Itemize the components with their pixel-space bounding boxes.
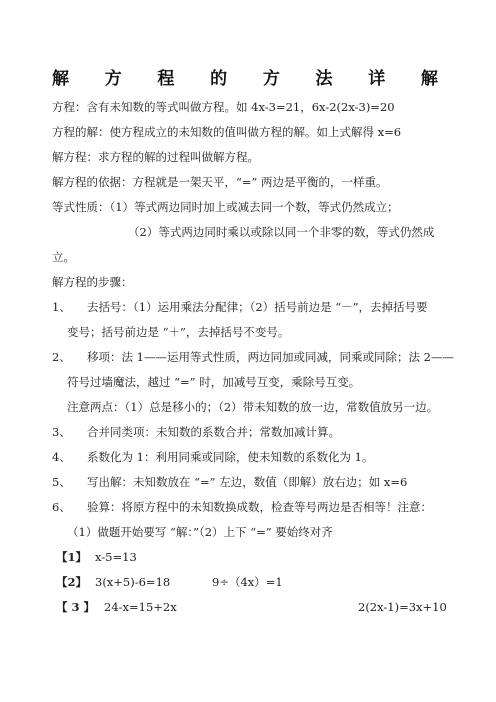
exercise-equation: 3(x+5)-6=18 (95, 575, 170, 589)
property-1: 等式性质：（1）等式两边同时加上或减去同一个数，等式仍然成立； (52, 199, 399, 215)
step-2-note: 注意两点：（1）总是移小的；（2）带未知数的放一边，常数值放另一边。 (67, 399, 438, 415)
step-1: 1、去括号：（1）运用乘法分配律；（2）括号前边是 “－”，去掉括号要 (52, 299, 428, 315)
step-2: 2、移项：法 1——运用等式性质，两边同加或同减，同乘或同除；法 2—— (52, 349, 454, 365)
step-2-cont: 符号过墙魔法，越过 “=” 时，加减号互变，乘除号互变。 (67, 374, 360, 390)
title-char: 详 (368, 64, 385, 89)
exercise-2: 【2】3(x+5)-6=18 (56, 574, 170, 590)
title-char: 方 (105, 64, 122, 89)
step-6-cont: （1）做题开始要写 “解：”（2）上下 “=” 要始终对齐 (67, 524, 333, 540)
step-text: 验算：将原方程中的未知数换成数，检查等号两边是否相等！注意： (87, 500, 432, 514)
step-number: 6、 (52, 499, 87, 515)
document-page: 解 方 程 的 方 法 详 解 方程：含有未知数的等式叫做方程。如 4x-3=2… (0, 0, 496, 702)
title-char: 法 (316, 64, 333, 89)
step-3: 3、合并同类项：未知数的系数合并；常数加减计算。 (52, 424, 340, 440)
step-number: 1、 (52, 299, 87, 315)
definition-solution: 方程的解：使方程成立的未知数的值叫做方程的解。如上式解得 x=6 (52, 124, 401, 140)
page-title: 解 方 程 的 方 法 详 解 (52, 64, 438, 89)
step-text: 写出解：未知数放在 “=” 左边，数值（即解）放右边；如 x=6 (87, 475, 407, 489)
step-text: 合并同类项：未知数的系数合并；常数加减计算。 (87, 425, 340, 439)
property-2: （2）等式两边同时乘以或除以同一个非零的数，等式仍然成 (128, 224, 434, 240)
title-char: 方 (263, 64, 280, 89)
definition-equation: 方程：含有未知数的等式叫做方程。如 4x-3=21，6x-2(2x-3)=20 (52, 99, 395, 115)
step-number: 5、 (52, 474, 87, 490)
exercise-tag: 【 3 】 (56, 599, 104, 615)
exercise-equation: x-5=13 (95, 550, 137, 564)
title-char: 解 (421, 64, 438, 89)
step-text: 系数化为 1：利用同乘或同除，使未知数的系数化为 1。 (87, 450, 373, 464)
definition-solving: 解方程：求方程的解的过程叫做解方程。 (52, 149, 259, 165)
exercise-tag: 【1】 (56, 549, 95, 565)
step-text: 移项：法 1——运用等式性质，两边同加或同减，同乘或同除；法 2—— (87, 350, 454, 364)
steps-heading: 解方程的步骤： (52, 274, 133, 290)
step-6: 6、验算：将原方程中的未知数换成数，检查等号两边是否相等！注意： (52, 499, 432, 515)
step-1-cont: 变号；括号前边是 “＋”，去掉括号不变号。 (67, 324, 289, 340)
definition-basis: 解方程的依据：方程就是一架天平，“=” 两边是平衡的，一样重。 (52, 174, 388, 190)
exercise-3: 【 3 】24-x=15+2x (56, 599, 177, 615)
title-char: 程 (157, 64, 174, 89)
step-text: 去括号：（1）运用乘法分配律；（2）括号前边是 “－”，去掉括号要 (87, 300, 428, 314)
exercise-1: 【1】x-5=13 (56, 549, 137, 565)
exercise-2b: 9÷（4x）=1 (212, 574, 283, 590)
title-char: 的 (210, 64, 227, 89)
property-2-cont: 立。 (52, 249, 75, 265)
step-4: 4、系数化为 1：利用同乘或同除，使未知数的系数化为 1。 (52, 449, 373, 465)
step-number: 3、 (52, 424, 87, 440)
exercise-tag: 【2】 (56, 574, 95, 590)
title-char: 解 (52, 64, 69, 89)
step-number: 4、 (52, 449, 87, 465)
exercise-3b: 2(2x-1)=3x+10 (358, 599, 447, 615)
exercise-equation: 24-x=15+2x (104, 600, 177, 614)
step-number: 2、 (52, 349, 87, 365)
step-5: 5、写出解：未知数放在 “=” 左边，数值（即解）放右边；如 x=6 (52, 474, 407, 490)
